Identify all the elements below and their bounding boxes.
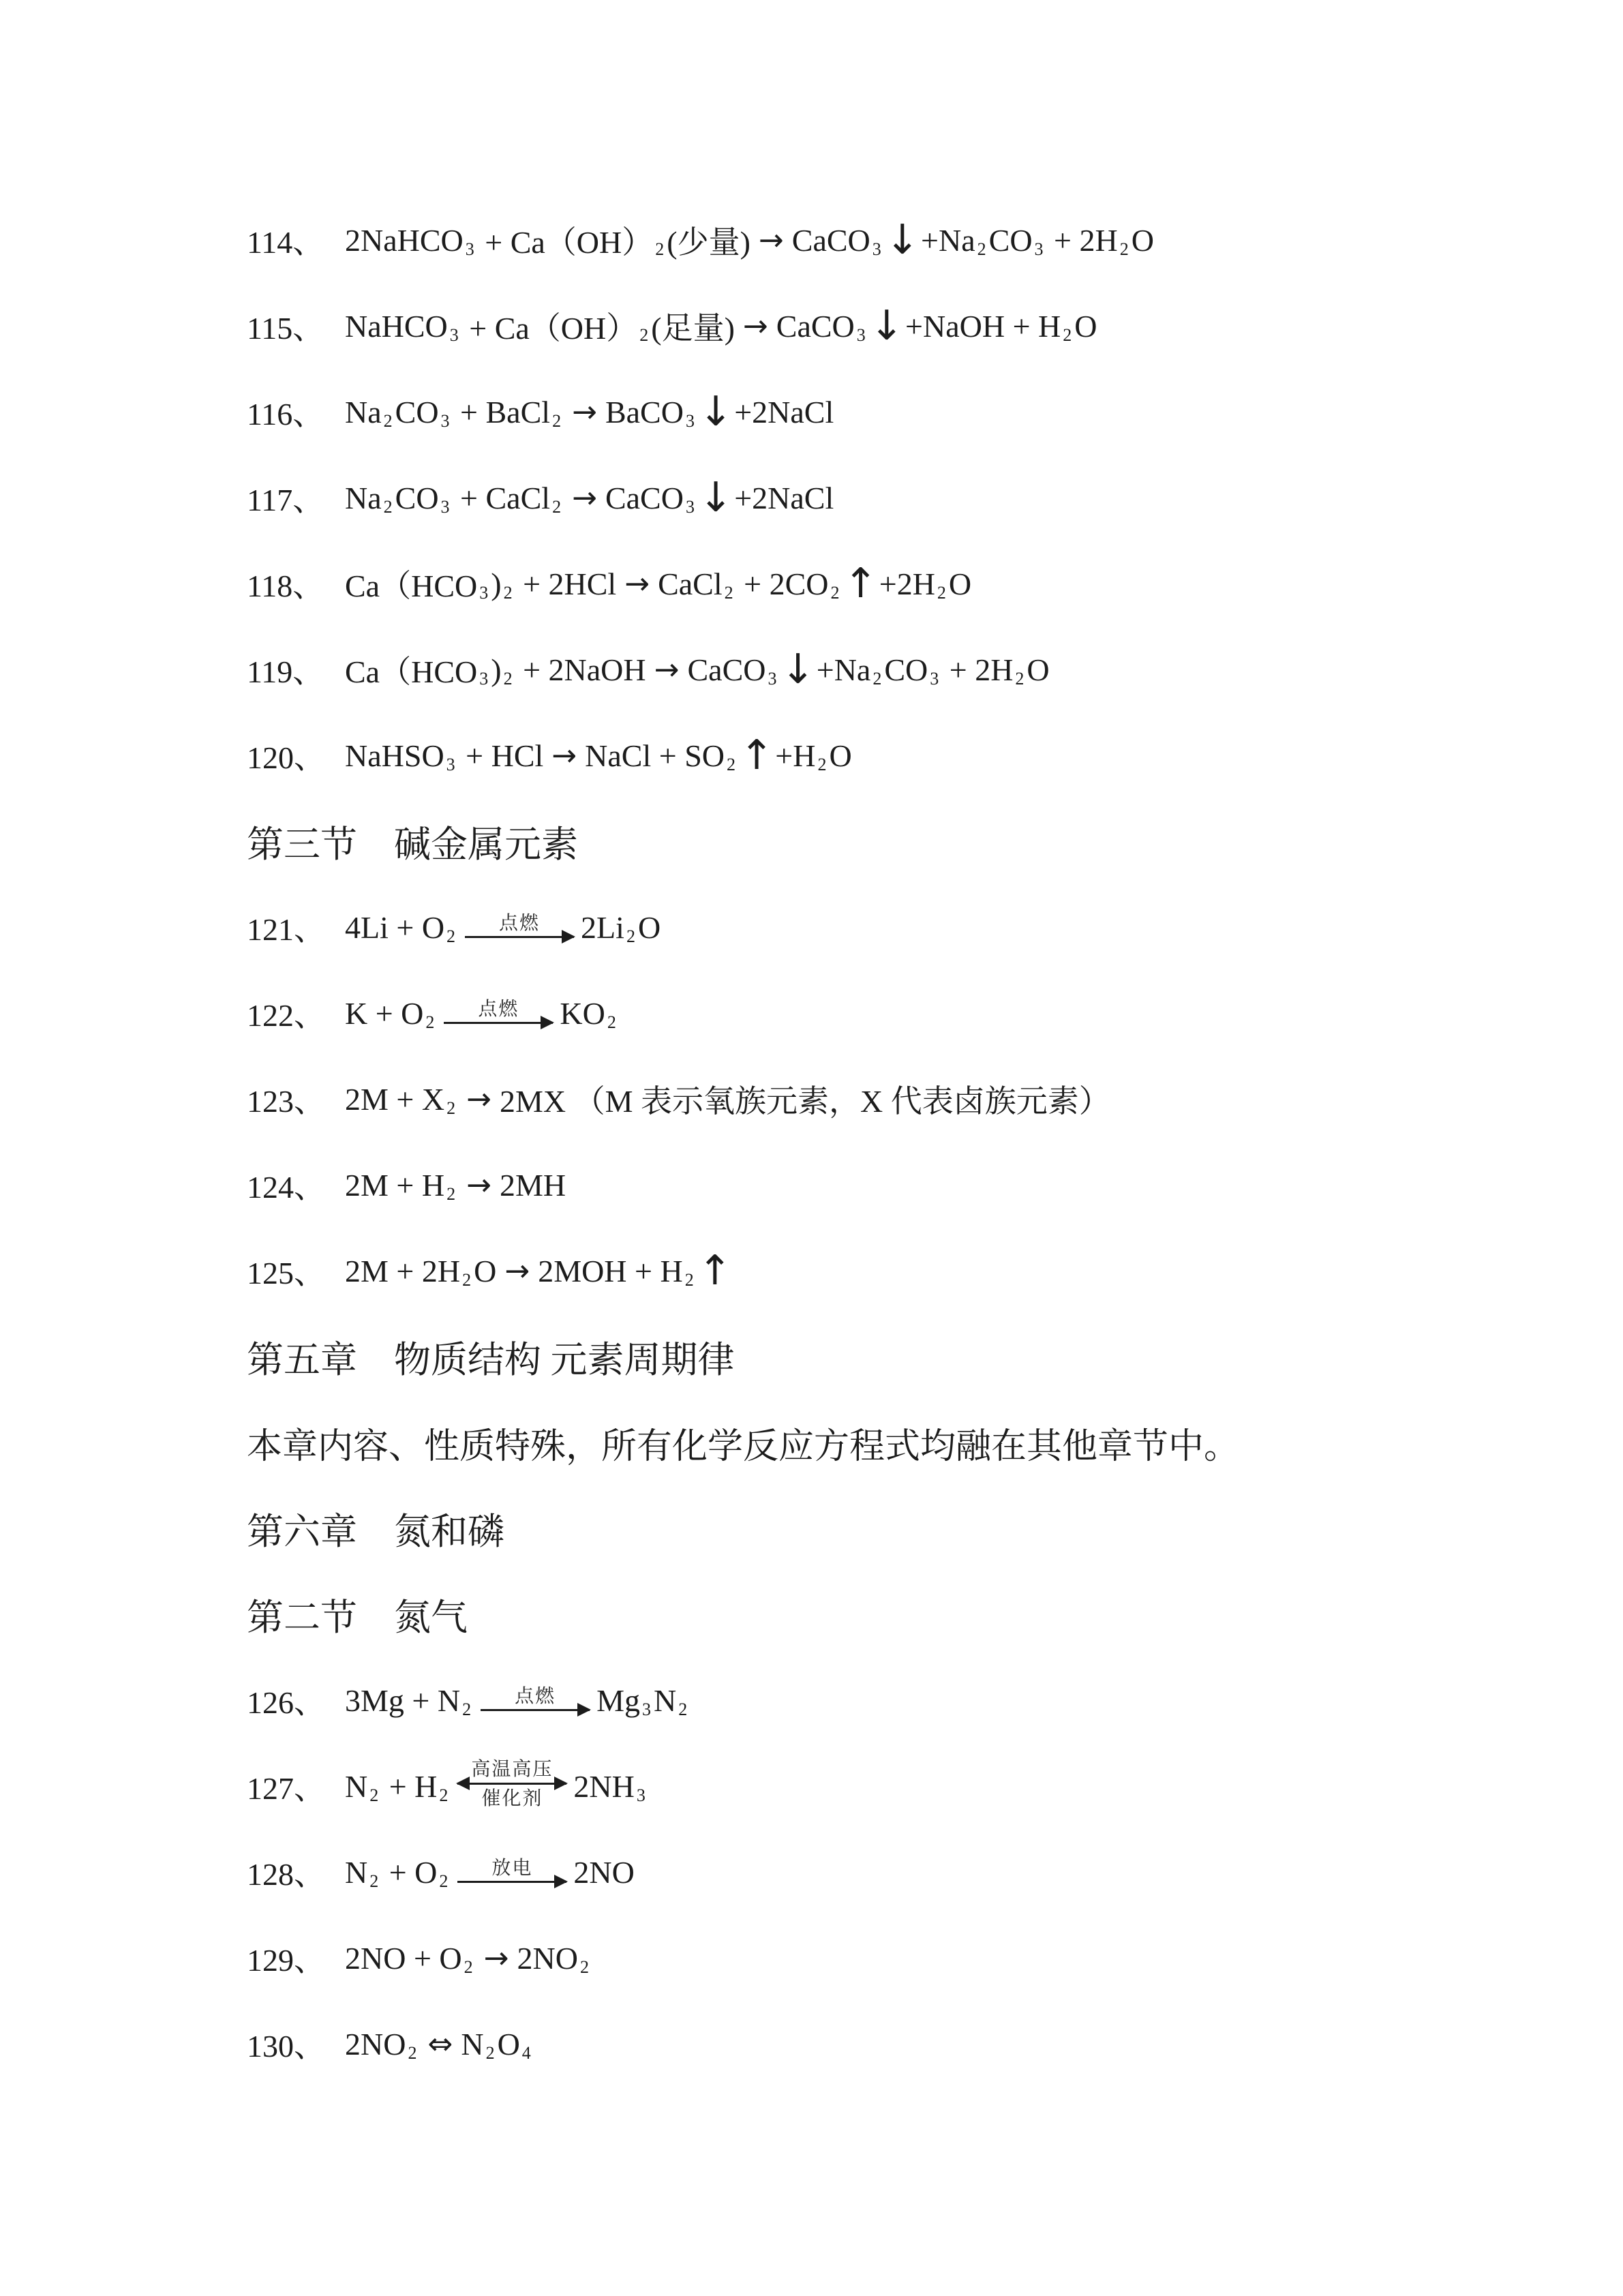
subscript: 2 (607, 1012, 616, 1033)
subscript: 2 (462, 1270, 471, 1290)
subscript: 3 (441, 497, 450, 517)
subscript: 2 (1120, 239, 1129, 260)
formula-text: O (829, 738, 851, 774)
equation-number: 120、 (247, 733, 345, 778)
equation-formula: K + O2点燃KO2 (345, 995, 619, 1031)
subscript: 2 (439, 1785, 448, 1806)
equation-line: 121、4Li + O2点燃2Li2O (247, 884, 1541, 970)
formula-text: (少量) (667, 217, 750, 262)
equation-formula: Na2CO3 + BaCl2→BaCO3↓+2NaCl (345, 394, 834, 430)
subscript: 2 (727, 755, 735, 775)
formula-text: 3Mg + N (345, 1682, 460, 1719)
section-heading-text: 第三节 碱金属元素 (247, 815, 578, 868)
subscript: 2 (384, 497, 393, 517)
formula-text: +NaOH + H (905, 308, 1061, 344)
subscript: 2 (1063, 325, 1072, 346)
formula-text: +H (775, 738, 815, 774)
formula-text: 2M + X (345, 1081, 444, 1117)
subscript: 2 (384, 411, 393, 432)
formula-text: CO (989, 222, 1033, 258)
subscript: 2 (446, 926, 455, 947)
formula-text: Ca（HCO (345, 647, 477, 692)
section-heading-text: 第六章 氮和磷 (247, 1502, 504, 1555)
equation-line: 128、N2 + O2放电2NO (247, 1829, 1541, 1915)
equation-number: 116、 (247, 389, 345, 434)
subscript: 2 (977, 239, 986, 260)
subscript: 2 (504, 583, 513, 603)
equation-line: 118、Ca（HCO3)2 + 2HCl→CaCl2 + 2CO2↑+2H2O (247, 541, 1541, 626)
reaction-arrow-icon: → (572, 395, 597, 429)
reaction-arrow-icon: → (466, 1168, 491, 1203)
subscript: 2 (439, 1871, 448, 1892)
formula-text: + CaCl (453, 480, 551, 516)
heading-line: 第三节 碱金属元素 (247, 798, 1541, 884)
formula-text: 2NO (573, 1854, 634, 1890)
formula-text: O (498, 2026, 520, 2062)
formula-text: + Ca（OH） (461, 303, 637, 348)
arrow-condition-above: 高温高压 (461, 1759, 562, 1781)
equation-formula: 2NaHCO3 + Ca（OH）2(少量)→CaCO3↓+Na2CO3 + 2H… (345, 217, 1154, 262)
document-page: 114、2NaHCO3 + Ca（OH）2(少量)→CaCO3↓+Na2CO3 … (0, 0, 1623, 2296)
reaction-arrow-icon: → (624, 567, 650, 601)
equation-number: 115、 (247, 303, 345, 348)
equation-number: 124、 (247, 1162, 345, 1207)
formula-text: O (638, 909, 661, 946)
arrow-shaft (465, 936, 574, 938)
subscript: 2 (830, 583, 839, 603)
formula-text: + BaCl (453, 394, 551, 430)
heading-line: 第五章 物质结构 元素周期律 (247, 1314, 1541, 1400)
formula-text: N (654, 1682, 676, 1719)
subscript: 3 (642, 1700, 651, 1720)
formula-text: CO (395, 480, 439, 516)
equation-line: 122、K + O2点燃KO2 (247, 970, 1541, 1056)
equation-number: 123、 (247, 1076, 345, 1121)
paragraph-line: 本章内容、性质特殊，所有化学反应方程式均融在其他章节中。 (247, 1400, 1541, 1485)
equation-formula: Na2CO3 + CaCl2→CaCO3↓+2NaCl (345, 480, 834, 516)
equation-number: 119、 (247, 647, 345, 692)
formula-text: CaCO (792, 222, 870, 258)
subscript: 2 (725, 583, 733, 603)
equation-formula: 2M + H2→2MH (345, 1167, 566, 1203)
equation-line: 130、2NO2⇔N2O4 (247, 2001, 1541, 2087)
formula-text: CaCO (687, 652, 765, 688)
subscript: 3 (450, 325, 459, 346)
arrow-condition-above: 放电 (482, 1858, 542, 1879)
document-content: 114、2NaHCO3 + Ca（OH）2(少量)→CaCO3↓+Na2CO3 … (247, 197, 1541, 2087)
equation-line: 115、NaHCO3 + Ca（OH）2(足量)→CaCO3↓+NaOH + H… (247, 283, 1541, 369)
subscript: 2 (552, 411, 561, 432)
formula-text: + HCl (458, 738, 544, 774)
formula-text: +2NaCl (734, 480, 834, 516)
subscript: 3 (466, 239, 474, 260)
arrow-shaft (444, 1022, 553, 1024)
subscript: 2 (817, 755, 826, 775)
section-heading-text: 第二节 氮气 (247, 1588, 468, 1641)
reaction-arrow-icon: → (484, 1941, 509, 1976)
formula-text: O (949, 566, 971, 602)
arrow-shaft (481, 1709, 590, 1711)
equation-number: 117、 (247, 475, 345, 520)
formula-text: 2MX （M 表示氧族元素，X 代表卤族元素） (500, 1076, 1110, 1121)
formula-text: + 2HCl (515, 566, 617, 602)
equation-formula: NaHSO3 + HCl→NaCl + SO2↑+H2O (345, 738, 852, 774)
subscript: 3 (768, 669, 776, 689)
equation-formula: Ca（HCO3)2 + 2HCl→CaCl2 + 2CO2↑+2H2O (345, 561, 971, 606)
subscript: 3 (686, 497, 695, 517)
subscript: 2 (685, 1270, 694, 1290)
reaction-arrow-icon: → (654, 652, 680, 687)
formula-text: O (1074, 308, 1097, 344)
subscript: 2 (873, 669, 881, 689)
subscript: 3 (637, 1785, 646, 1806)
equation-formula: 2M + X2→2MX （M 表示氧族元素，X 代表卤族元素） (345, 1076, 1110, 1121)
formula-text: K + O (345, 995, 423, 1031)
formula-text: 2NO (517, 1940, 577, 1976)
formula-text: O (1132, 222, 1154, 258)
formula-text: N (345, 1854, 367, 1890)
formula-text: 2MOH + H (538, 1253, 683, 1289)
subscript: 2 (369, 1785, 378, 1806)
reaction-arrow-icon: → (504, 1254, 530, 1288)
formula-text: O (1027, 652, 1049, 688)
equation-formula: 2M + 2H2O→2MOH + H2↑ (345, 1253, 733, 1289)
subscript: 3 (686, 411, 695, 432)
condition-arrow-icon: 放电 (457, 1858, 566, 1884)
equation-line: 127、N2 + H2高温高压催化剂2NH3 (247, 1743, 1541, 1829)
formula-text: + 2H (1046, 222, 1118, 258)
arrow-shaft (457, 1783, 566, 1785)
equation-line: 125、2M + 2H2O→2MOH + H2↑ (247, 1228, 1541, 1314)
subscript: 2 (504, 669, 513, 689)
formula-text: +Na (817, 652, 871, 688)
equation-number: 130、 (247, 2021, 345, 2066)
equation-line: 117、Na2CO3 + CaCl2→CaCO3↓+2NaCl (247, 455, 1541, 541)
formula-text: +2NaCl (734, 394, 834, 430)
subscript: 2 (408, 2043, 416, 2064)
equation-line: 119、Ca（HCO3)2 + 2NaOH→CaCO3↓+Na2CO3 + 2H… (247, 626, 1541, 712)
condition-arrow-icon: 点燃 (465, 913, 574, 939)
subscript: 4 (522, 2043, 531, 2064)
equation-formula: N2 + H2高温高压催化剂2NH3 (345, 1761, 648, 1811)
formula-text: + 2NaOH (515, 652, 646, 688)
arrow-shaft (457, 1881, 566, 1883)
formula-text: ) (491, 566, 501, 602)
formula-text: +2H (879, 566, 935, 602)
formula-text: + 2H (941, 652, 1013, 688)
equation-line: 116、Na2CO3 + BaCl2→BaCO3↓+2NaCl (247, 369, 1541, 455)
equation-number: 128、 (247, 1849, 345, 1894)
equation-formula: 2NO2⇔N2O4 (345, 2026, 534, 2062)
formula-text: (足量) (651, 303, 735, 348)
heading-line: 第六章 氮和磷 (247, 1485, 1541, 1571)
formula-text: CO (884, 652, 928, 688)
condition-arrow-icon: 高温高压催化剂 (457, 1759, 566, 1810)
equation-number: 126、 (247, 1678, 345, 1723)
subscript: 3 (479, 583, 488, 603)
subscript: 2 (639, 325, 648, 346)
formula-text: Na (345, 394, 382, 430)
formula-text: 2NH (573, 1768, 634, 1804)
subscript: 3 (1035, 239, 1044, 260)
reaction-arrow-icon: → (743, 309, 768, 344)
formula-text: CO (395, 394, 439, 430)
reaction-arrow-icon: → (466, 1082, 491, 1117)
arrow-condition-above: 点燃 (505, 1687, 565, 1708)
arrow-condition-above: 点燃 (489, 913, 549, 935)
formula-text: 2Li (581, 909, 624, 946)
subscript: 2 (552, 497, 561, 517)
subscript: 2 (464, 1957, 473, 1978)
formula-text: 2NaHCO (345, 222, 464, 258)
formula-text: 2NO (345, 2026, 406, 2062)
subscript: 3 (441, 411, 450, 432)
formula-text: CaCl (658, 566, 723, 602)
formula-text: Ca（HCO (345, 561, 477, 606)
condition-arrow-icon: 点燃 (444, 999, 553, 1025)
formula-text: CaCO (605, 480, 684, 516)
paragraph-text: 本章内容、性质特殊，所有化学反应方程式均融在其他章节中。 (247, 1417, 1239, 1468)
section-heading-text: 第五章 物质结构 元素周期律 (247, 1331, 735, 1383)
equation-number: 114、 (247, 217, 345, 262)
equation-number: 122、 (247, 991, 345, 1036)
equation-number: 129、 (247, 1935, 345, 1980)
formula-text: ) (491, 652, 501, 688)
equation-number: 125、 (247, 1248, 345, 1293)
subscript: 3 (930, 669, 939, 689)
subscript: 2 (486, 2043, 495, 2064)
formula-text: 2MH (500, 1167, 566, 1203)
subscript: 2 (425, 1012, 434, 1033)
subscript: 3 (873, 239, 881, 260)
equation-line: 114、2NaHCO3 + Ca（OH）2(少量)→CaCO3↓+Na2CO3 … (247, 197, 1541, 283)
formula-text: 4Li + O (345, 909, 444, 946)
equation-line: 129、2NO + O2→2NO2 (247, 1915, 1541, 2001)
equation-formula: 4Li + O2点燃2Li2O (345, 909, 661, 946)
subscript: 2 (446, 1184, 455, 1205)
formula-text: + Ca（OH） (477, 217, 653, 262)
subscript: 2 (655, 239, 664, 260)
equation-line: 124、2M + H2→2MH (247, 1142, 1541, 1228)
subscript: 2 (580, 1957, 589, 1978)
formula-text: +Na (921, 222, 975, 258)
subscript: 2 (1015, 669, 1024, 689)
subscript: 2 (369, 1871, 378, 1892)
equation-formula: N2 + O2放电2NO (345, 1854, 635, 1890)
formula-text: CaCO (776, 308, 855, 344)
formula-text: + 2CO (736, 566, 829, 602)
subscript: 2 (446, 1098, 455, 1119)
formula-text: Na (345, 480, 382, 516)
equation-line: 126、3Mg + N2点燃Mg3N2 (247, 1657, 1541, 1743)
equation-formula: Ca（HCO3)2 + 2NaOH→CaCO3↓+Na2CO3 + 2H2O (345, 647, 1050, 692)
formula-text: N (345, 1768, 367, 1804)
formula-text: + O (381, 1854, 437, 1890)
subscript: 2 (626, 926, 635, 947)
subscript: 3 (857, 325, 866, 346)
subscript: 3 (479, 669, 488, 689)
reaction-arrow-icon: → (572, 481, 597, 515)
subscript: 2 (462, 1700, 471, 1720)
formula-text: BaCO (605, 394, 684, 430)
equilibrium-arrow-icon: ⇔ (427, 2027, 453, 2061)
formula-text: Mg (596, 1682, 640, 1719)
subscript: 2 (937, 583, 946, 603)
reaction-arrow-icon: → (551, 738, 577, 773)
formula-text: N (461, 2026, 483, 2062)
equation-formula: NaHCO3 + Ca（OH）2(足量)→CaCO3↓+NaOH + H2O (345, 303, 1097, 348)
formula-text: 2M + H (345, 1167, 444, 1203)
formula-text: NaHSO (345, 738, 444, 774)
condition-arrow-icon: 点燃 (481, 1687, 590, 1712)
subscript: 2 (678, 1700, 687, 1720)
arrow-condition-below: 催化剂 (472, 1789, 552, 1810)
formula-text: 2M + 2H (345, 1253, 460, 1289)
equation-line: 123、2M + X2→2MX （M 表示氧族元素，X 代表卤族元素） (247, 1056, 1541, 1142)
formula-text: NaHCO (345, 308, 448, 344)
heading-line: 第二节 氮气 (247, 1571, 1541, 1657)
formula-text: KO (560, 995, 605, 1031)
equation-formula: 3Mg + N2点燃Mg3N2 (345, 1682, 690, 1719)
equation-line: 120、NaHSO3 + HCl→NaCl + SO2↑+H2O (247, 712, 1541, 798)
equation-number: 121、 (247, 905, 345, 950)
equation-formula: 2NO + O2→2NO2 (345, 1940, 592, 1976)
arrow-condition-above: 点燃 (468, 999, 528, 1021)
subscript: 3 (446, 755, 455, 775)
formula-text: O (474, 1253, 496, 1289)
formula-text: 2NO + O (345, 1940, 462, 1976)
reaction-arrow-icon: → (759, 223, 784, 258)
formula-text: NaCl + SO (585, 738, 725, 774)
formula-text: + H (381, 1768, 437, 1804)
equation-number: 118、 (247, 561, 345, 606)
equation-number: 127、 (247, 1764, 345, 1809)
